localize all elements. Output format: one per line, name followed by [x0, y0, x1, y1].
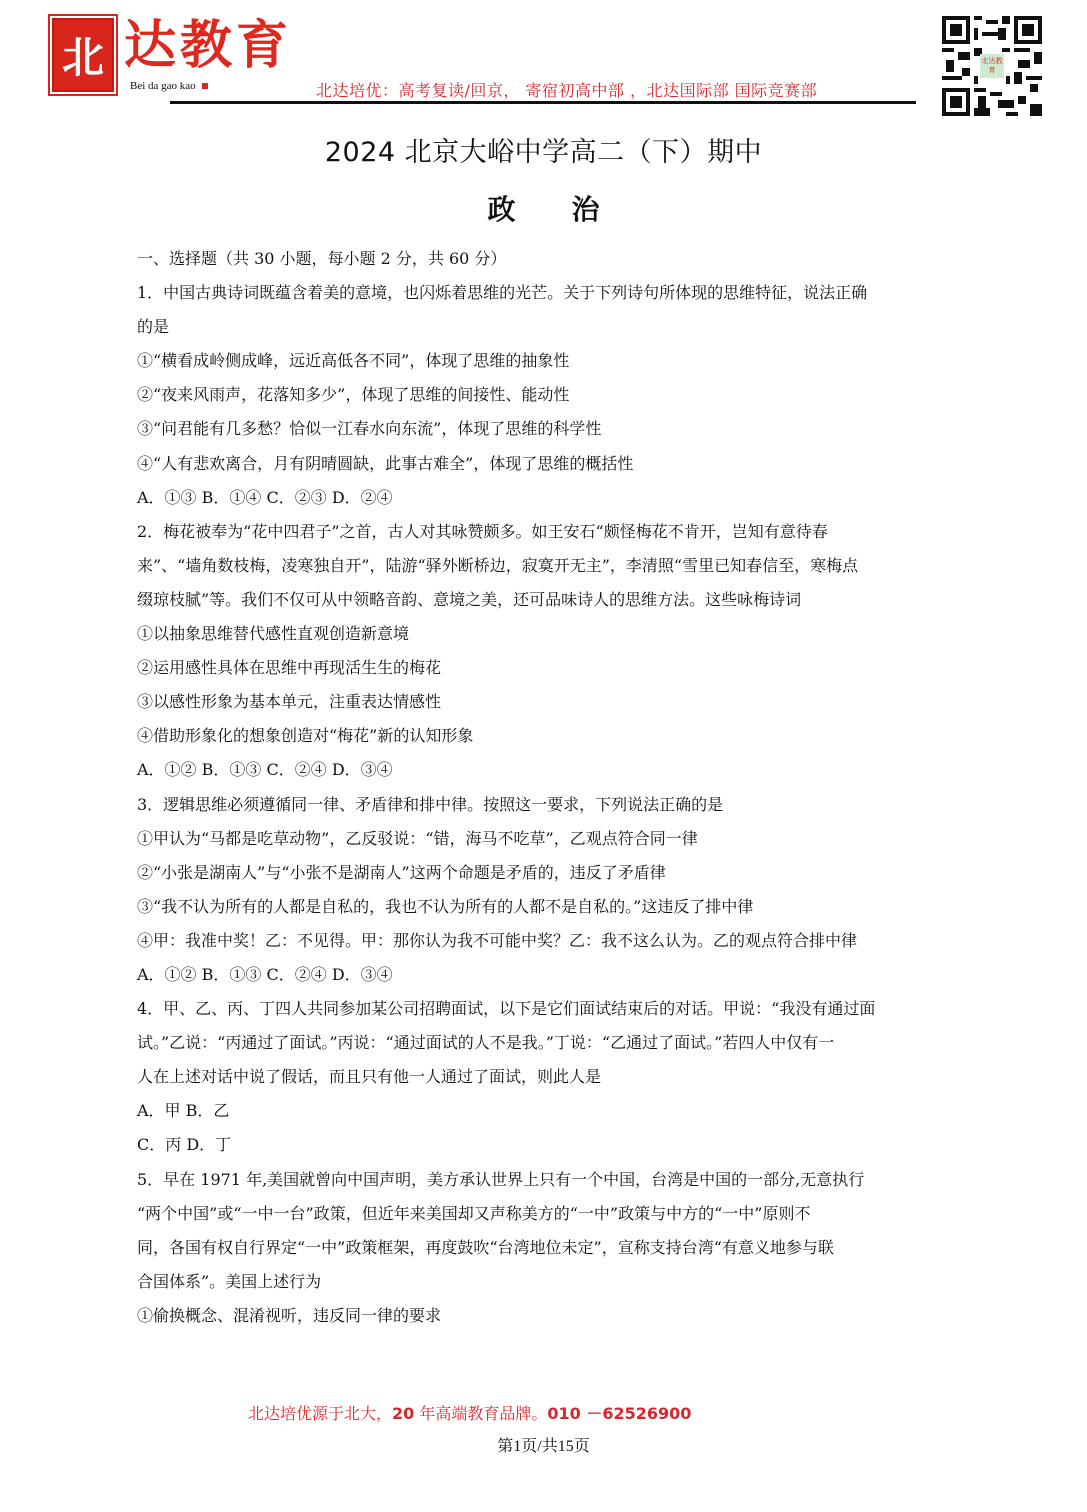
text-line: 来”、“墙角数枝梅，凌寒独自开”，陆游“驿外断桥边，寂寞开无主”，李清照“雪里已… — [137, 549, 957, 583]
answer-options: A．①③ B．①④ C．②③ D．②④ — [137, 481, 957, 515]
header-tagline: 北达培优：高考复读/回京， 寄宿初高中部 ，北达国际部 国际竞赛部 — [316, 78, 817, 101]
promo-years: 20 — [392, 1404, 414, 1423]
document-subject: 政治 — [0, 188, 1087, 228]
text-line: ④借助形象化的想象创造对“梅花”新的认知形象 — [137, 719, 957, 753]
text-line: 试。”乙说：“丙通过了面试。”丙说：“通过面试的人不是我。”丁说：“乙通过了面试… — [137, 1026, 957, 1060]
header-divider — [170, 101, 916, 104]
text-line: 5．早在 1971 年,美国就曾向中国声明，美方承认世界上只有一个中国，台湾是中… — [137, 1163, 957, 1197]
text-line: ③以感性形象为基本单元，注重表达情感性 — [137, 685, 957, 719]
subject-char-1: 政 — [487, 188, 515, 228]
text-line: ③“问君能有几多愁？恰似一江春水向东流”，体现了思维的科学性 — [137, 412, 957, 446]
text-line: 同，各国有权自行界定“一中”政策框架，再度鼓吹“台湾地位未定”，宣称支持台湾“有… — [137, 1231, 957, 1265]
logo-pinyin: Bei da gao kao — [130, 80, 208, 92]
text-line: ①以抽象思维替代感性直观创造新意境 — [137, 617, 957, 651]
promo-phone: 010 －62526900 — [547, 1404, 691, 1423]
page-indicator: 第1页/共15页 — [0, 1433, 1087, 1456]
footer-promo: 北达培优源于北大，20 年高端教育品牌。010 －62526900 — [248, 1401, 691, 1424]
document-title: 2024 北京大峪中学高二（下）期中 — [0, 130, 1087, 169]
logo-seal: 北 — [52, 18, 114, 92]
text-line: 的是 — [137, 310, 957, 344]
answer-options: A．①② B．①③ C．②④ D．③④ — [137, 958, 957, 992]
answer-options: A．①② B．①③ C．②④ D．③④ — [137, 753, 957, 787]
text-line: ②运用感性具体在思维中再现活生生的梅花 — [137, 651, 957, 685]
text-line: “两个中国”或“一中一台”政策，但近年来美国却又声称美方的“一中”政策与中方的“… — [137, 1197, 957, 1231]
red-square-icon — [202, 83, 208, 89]
text-line: 4．甲、乙、丙、丁四人共同参加某公司招聘面试，以下是它们面试结束后的对话。甲说：… — [137, 992, 957, 1026]
text-line: ④甲：我准中奖！乙：不见得。甲：那你认为我不可能中奖？乙：我不这么认为。乙的观点… — [137, 924, 957, 958]
text-line: 人在上述对话中说了假话，而且只有他一人通过了面试，则此人是 — [137, 1060, 957, 1094]
section-heading: 一、选择题（共 30 小题，每小题 2 分，共 60 分） — [137, 242, 957, 276]
text-line: 2．梅花被奉为“花中四君子”之首，古人对其咏赞颇多。如王安石“颇怪梅花不肯开，岂… — [137, 515, 957, 549]
subject-char-2: 治 — [572, 188, 600, 228]
text-line: 合国体系”。美国上述行为 — [137, 1265, 957, 1299]
text-line: ④“人有悲欢离合，月有阴晴圆缺，此事古难全”，体现了思维的概括性 — [137, 447, 957, 481]
promo-middle: 年高端教育品牌。 — [414, 1404, 547, 1423]
text-line: ②“夜来风雨声，花落知多少”，体现了思维的间接性、能动性 — [137, 378, 957, 412]
text-line: 3．逻辑思维必须遵循同一律、矛盾律和排中律。按照这一要求，下列说法正确的是 — [137, 788, 957, 822]
document-body: 一、选择题（共 30 小题，每小题 2 分，共 60 分） 1．中国古典诗词既蕴… — [137, 242, 957, 1333]
logo-pinyin-text: Bei da gao kao — [130, 80, 196, 92]
text-line: 1．中国古典诗词既蕴含着美的意境，也闪烁着思维的光芒。关于下列诗句所体现的思维特… — [137, 276, 957, 310]
text-line: ①甲认为“马都是吃草动物”，乙反驳说：“错，海马不吃草”，乙观点符合同一律 — [137, 822, 957, 856]
text-line: ③“我不认为所有的人都是自私的，我也不认为所有的人都不是自私的。”这违反了排中律 — [137, 890, 957, 924]
answer-options: A．甲 B．乙 — [137, 1094, 957, 1128]
promo-prefix: 北达培优源于北大， — [248, 1404, 392, 1423]
logo-text: 达教育 — [124, 14, 292, 78]
text-line: ①偷换概念、混淆视听，违反同一律的要求 — [137, 1299, 957, 1333]
text-line: ②“小张是湖南人”与“小张不是湖南人”这两个命题是矛盾的，违反了矛盾律 — [137, 856, 957, 890]
text-line: 缀琼枝腻”等。我们不仅可从中领略音韵、意境之美，还可品味诗人的思维方法。这些咏梅… — [137, 583, 957, 617]
page-header: 北 达教育 Bei da gao kao 北达培优：高考复读/回京， 寄宿初高中… — [0, 0, 1087, 120]
answer-options: C．丙 D．丁 — [137, 1128, 957, 1162]
logo-mark: 北 — [62, 25, 104, 85]
qr-center-badge: 北达教育 — [980, 54, 1004, 78]
qr-code: 北达教育 — [942, 16, 1042, 116]
text-line: ①“横看成岭侧成峰，远近高低各不同”，体现了思维的抽象性 — [137, 344, 957, 378]
